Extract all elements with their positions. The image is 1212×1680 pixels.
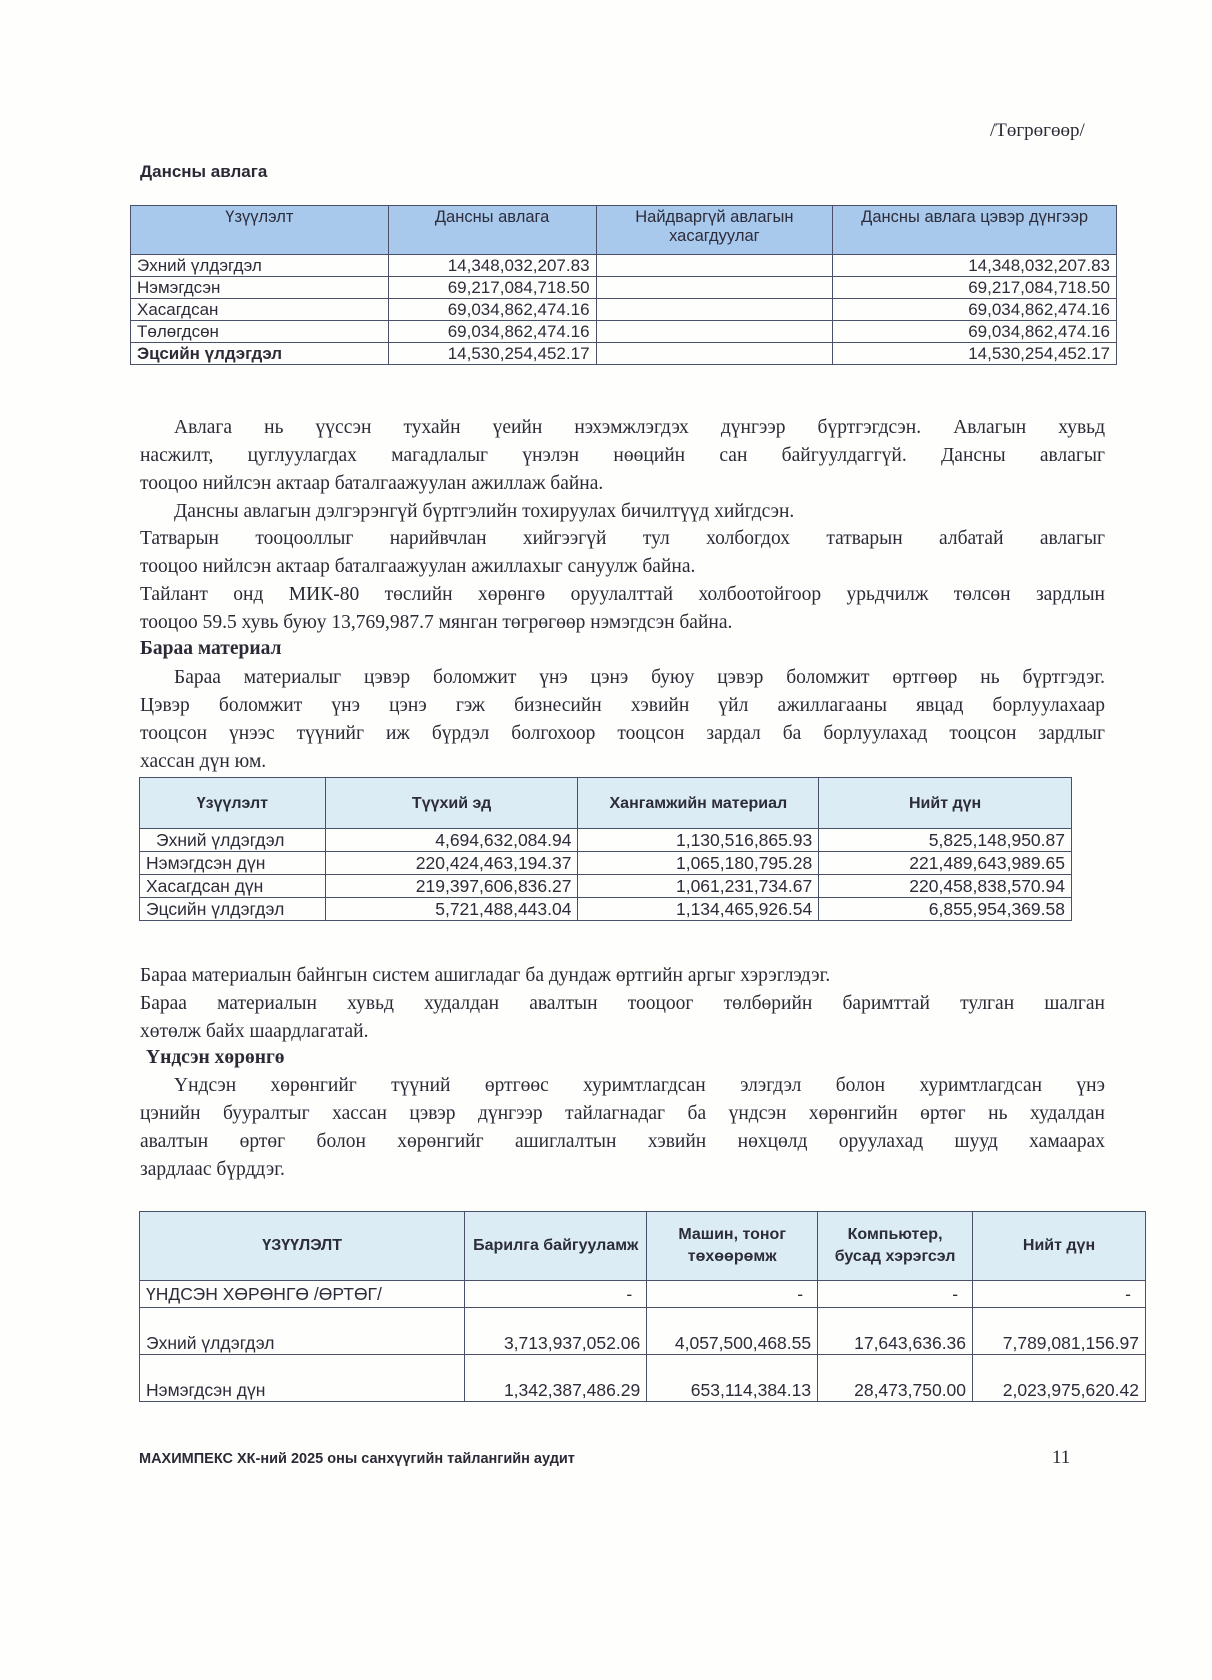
raw-materials-value: 219,397,606,836.27: [325, 875, 578, 898]
total-value: 5,825,148,950.87: [819, 829, 1072, 852]
computers-value: 17,643,636.36: [818, 1308, 973, 1355]
total-value: 7,789,081,156.97: [973, 1308, 1146, 1355]
table-row: Эхний үлдэгдэл 4,694,632,084.94 1,130,51…: [140, 829, 1072, 852]
row-label: ҮНДСЭН ХӨРӨНГӨ /ӨРТӨГ/: [140, 1281, 465, 1308]
total-value: 6,855,954,369.58: [819, 898, 1072, 921]
fixed-assets-table: ҮЗҮҮЛЭЛТ Барилга байгууламж Машин, тоног…: [139, 1211, 1146, 1402]
column-header: Үзүүлэлт: [131, 206, 389, 255]
table-row-total: Эцсийн үлдэгдэл 14,530,254,452.17 14,530…: [131, 343, 1117, 365]
row-label: Эцсийн үлдэгдэл: [131, 343, 389, 365]
gross-value: 14,348,032,207.83: [388, 255, 596, 277]
row-label: Хасагдсан: [131, 299, 389, 321]
table-header-row: ҮЗҮҮЛЭЛТ Барилга байгууламж Машин, тоног…: [140, 1212, 1146, 1281]
total-value: -: [973, 1281, 1146, 1308]
allowance-value: [596, 255, 833, 277]
gross-value: 69,034,862,474.16: [388, 321, 596, 343]
footer-text: МАХИМПЕКС ХК-ний 2025 оны санхүүгийн тай…: [139, 1451, 575, 1467]
table-row: Эхний үлдэгдэл 14,348,032,207.83 14,348,…: [131, 255, 1117, 277]
currency-unit-label: /Төгрөгөөр/: [990, 120, 1085, 142]
net-value: 14,530,254,452.17: [833, 343, 1117, 365]
paragraph-line: Авлага нь үүссэн тухайн үеийн нэхэмжлэгд…: [140, 417, 1105, 439]
machinery-value: 653,114,384.13: [647, 1355, 818, 1402]
row-label: Эхний үлдэгдэл: [140, 829, 326, 852]
inventory-title: Бараа материал: [140, 638, 281, 660]
paragraph-line: насжилт, цуглуулагдах магадлалыг үнэлэн …: [140, 445, 1105, 467]
allowance-value: [596, 321, 833, 343]
paragraph-line: цэнийн бууралтыг хассан цэвэр дүнгээр та…: [140, 1103, 1105, 1125]
total-value: 220,458,838,570.94: [819, 875, 1072, 898]
row-label: Хасагдсан дүн: [140, 875, 326, 898]
column-header: Машин, тоног төхөөрөмж: [647, 1212, 818, 1281]
table-header-row: Үзүүлэлт Түүхий эд Хангамжийн материал Н…: [140, 778, 1072, 829]
paragraph-line: тооцоо нийлсэн актаар баталгаажуулан ажи…: [140, 473, 1105, 495]
buildings-value: 1,342,387,486.29: [465, 1355, 647, 1402]
buildings-value: 3,713,937,052.06: [465, 1308, 647, 1355]
net-value: 69,034,862,474.16: [833, 321, 1117, 343]
page-number: 11: [1052, 1447, 1070, 1469]
column-header: Хангамжийн материал: [578, 778, 819, 829]
raw-materials-value: 220,424,463,194.37: [325, 852, 578, 875]
column-header: Түүхий эд: [325, 778, 578, 829]
column-header: ҮЗҮҮЛЭЛТ: [140, 1212, 465, 1281]
total-value: 221,489,643,989.65: [819, 852, 1072, 875]
raw-materials-value: 5,721,488,443.04: [325, 898, 578, 921]
column-header: Барилга байгууламж: [465, 1212, 647, 1281]
receivables-table: Үзүүлэлт Дансны авлага Найдваргүй авлагы…: [130, 205, 1117, 365]
computers-value: -: [818, 1281, 973, 1308]
table-row: Төлөгдсөн 69,034,862,474.16 69,034,862,4…: [131, 321, 1117, 343]
inventory-table: Үзүүлэлт Түүхий эд Хангамжийн материал Н…: [139, 777, 1072, 921]
row-label: Нэмэгдсэн дүн: [140, 852, 326, 875]
supplies-value: 1,134,465,926.54: [578, 898, 819, 921]
paragraph-line: тооцсон үнээс түүнийг иж бүрдэл болгохоо…: [140, 723, 1105, 745]
net-value: 69,034,862,474.16: [833, 299, 1117, 321]
table-row: Хасагдсан дүн 219,397,606,836.27 1,061,2…: [140, 875, 1072, 898]
paragraph-line: Бараа материалыг цэвэр боломжит үнэ цэнэ…: [140, 667, 1105, 689]
computers-value: 28,473,750.00: [818, 1355, 973, 1402]
paragraph-line: Бараа материалын хувьд худалдан авалтын …: [140, 993, 1105, 1015]
allowance-value: [596, 343, 833, 365]
paragraph-line: Бараа материалын байнгын систем ашиглада…: [140, 965, 1105, 987]
row-label: Эхний үлдэгдэл: [140, 1308, 465, 1355]
buildings-value: -: [465, 1281, 647, 1308]
column-header: Нийт дүн: [819, 778, 1072, 829]
table-row: Эхний үлдэгдэл 3,713,937,052.06 4,057,50…: [140, 1308, 1146, 1355]
table-row: Эцсийн үлдэгдэл 5,721,488,443.04 1,134,4…: [140, 898, 1072, 921]
gross-value: 69,034,862,474.16: [388, 299, 596, 321]
gross-value: 69,217,084,718.50: [388, 277, 596, 299]
supplies-value: 1,130,516,865.93: [578, 829, 819, 852]
table-row: Хасагдсан 69,034,862,474.16 69,034,862,4…: [131, 299, 1117, 321]
table-header-row: Үзүүлэлт Дансны авлага Найдваргүй авлагы…: [131, 206, 1117, 255]
paragraph-line: Цэвэр боломжит үнэ цэнэ гэж бизнесийн хэ…: [140, 695, 1105, 717]
paragraph-line: зардлаас бүрддэг.: [140, 1159, 1105, 1181]
column-header: Үзүүлэлт: [140, 778, 326, 829]
row-label: Эцсийн үлдэгдэл: [140, 898, 326, 921]
fixed-assets-title: Үндсэн хөрөнгө: [146, 1047, 285, 1069]
table-row: Нэмэгдсэн дүн 1,342,387,486.29 653,114,3…: [140, 1355, 1146, 1402]
machinery-value: 4,057,500,468.55: [647, 1308, 818, 1355]
receivables-title: Дансны авлага: [140, 162, 267, 182]
row-label: Нэмэгдсэн дүн: [140, 1355, 465, 1402]
table-row: Нэмэгдсэн дүн 220,424,463,194.37 1,065,1…: [140, 852, 1072, 875]
net-value: 69,217,084,718.50: [833, 277, 1117, 299]
column-header: Найдваргүй авлагын хасагдуулаг: [596, 206, 833, 255]
paragraph-line: Дансны авлагын дэлгэрэнгүй бүртгэлийн то…: [174, 501, 1139, 523]
column-header: Дансны авлага: [388, 206, 596, 255]
row-label: Эхний үлдэгдэл: [131, 255, 389, 277]
supplies-value: 1,065,180,795.28: [578, 852, 819, 875]
raw-materials-value: 4,694,632,084.94: [325, 829, 578, 852]
column-header: Компьютер, бусад хэрэгсэл: [818, 1212, 973, 1281]
table-row: ҮНДСЭН ХӨРӨНГӨ /ӨРТӨГ/ - - - -: [140, 1281, 1146, 1308]
paragraph-line: Үндсэн хөрөнгийг түүний өртгөөс хуримтла…: [140, 1075, 1105, 1097]
paragraph-line: Тайлант онд МИК-80 төслийн хөрөнгө оруул…: [140, 584, 1105, 606]
paragraph-line: тооцоо 59.5 хувь буюу 13,769,987.7 мянга…: [140, 612, 1105, 634]
paragraph-line: тооцоо нийлсэн актаар баталгаажуулан ажи…: [140, 556, 1105, 578]
supplies-value: 1,061,231,734.67: [578, 875, 819, 898]
allowance-value: [596, 299, 833, 321]
paragraph-line: Татварын тооцооллыг нарийвчлан хийгээгүй…: [140, 528, 1105, 550]
table-row: Нэмэгдсэн 69,217,084,718.50 69,217,084,7…: [131, 277, 1117, 299]
row-label: Нэмэгдсэн: [131, 277, 389, 299]
column-header: Нийт дүн: [973, 1212, 1146, 1281]
total-value: 2,023,975,620.42: [973, 1355, 1146, 1402]
machinery-value: -: [647, 1281, 818, 1308]
gross-value: 14,530,254,452.17: [388, 343, 596, 365]
column-header: Дансны авлага цэвэр дүнгээр: [833, 206, 1117, 255]
allowance-value: [596, 277, 833, 299]
paragraph-line: хассан дүн юм.: [140, 751, 1105, 773]
paragraph-line: авалтын өртөг болон хөрөнгийг ашиглалтын…: [140, 1131, 1105, 1153]
document-page: /Төгрөгөөр/ Дансны авлага Үзүүлэлт Дансн…: [0, 0, 1212, 1680]
net-value: 14,348,032,207.83: [833, 255, 1117, 277]
paragraph-line: хөтөлж байх шаардлагатай.: [140, 1021, 1105, 1043]
row-label: Төлөгдсөн: [131, 321, 389, 343]
